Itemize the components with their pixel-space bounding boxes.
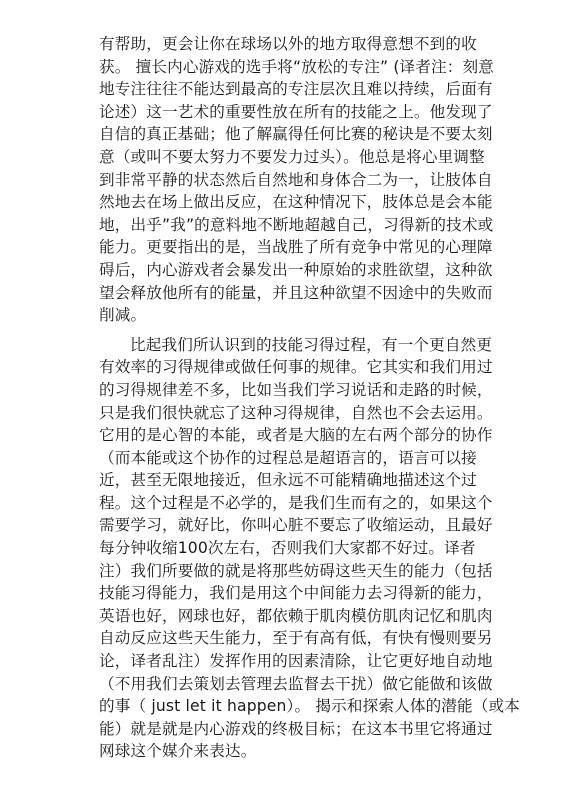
text-line: 自信的真正基础；他了解赢得任何比赛的秘诀是不要太刻 xyxy=(99,123,475,146)
text-line: 的事（ just let it happen）。 揭示和探索人体的潜能（或本 xyxy=(99,695,475,718)
text-line: 有效率的习得规律或做任何事的规律。它其实和我们用过 xyxy=(99,356,475,379)
text-line: 能）就是就是内心游戏的终极目标；在这本书里它将通过 xyxy=(99,718,475,741)
text-line: 然地去在场上做出反应，在这种情况下，肢体总是会本能 xyxy=(99,191,475,214)
text-line: 望会释放他所有的能量，并且这种欲望不因途中的失败而 xyxy=(99,282,475,305)
text-line: 论述）这一艺术的重要性放在所有的技能之上。他发现了 xyxy=(99,101,475,124)
paragraph-2: 比起我们所认识到的技能习得过程，有一个更自然更 有效率的习得规律或做任何事的规律… xyxy=(99,334,475,763)
text-line: 只是我们很快就忘了这种习得规律，自然也不会去运用。 xyxy=(99,402,475,425)
text-line: 获。 擅长内心游戏的选手将“放松的专注” (译者注：刻意 xyxy=(99,56,475,79)
text-line: 到非常平静的状态然后自然地和身体合二为一，让肢体自 xyxy=(99,169,475,192)
text-line: 它用的是心智的本能，或者是大脑的左右两个部分的协作 xyxy=(99,424,475,447)
body-text: 有帮助，更会让你在球场以外的地方取得意想不到的收 获。 擅长内心游戏的选手将“放… xyxy=(99,33,475,763)
text-line: 地专注往往不能达到最高的专注层次且难以持续，后面有 xyxy=(99,78,475,101)
text-line: 碍后，内心游戏者会暴发出一种原始的求胜欲望，这种欲 xyxy=(99,259,475,282)
text-line: 意（或叫不要太努力不要发力过头）。他总是将心里调整 xyxy=(99,146,475,169)
text-line: 注）我们所要做的就是将那些妨碍这些天生的能力（包括 xyxy=(99,560,475,583)
text-line: 近，甚至无限地接近，但永远不可能精确地描述这个过 xyxy=(99,469,475,492)
text-line: 程。这个过程是不必学的，是我们生而有之的，如果这个 xyxy=(99,492,475,515)
text-line: 技能习得能力，我们是用这个中间能力去习得新的能力， xyxy=(99,582,475,605)
text-line: 地，出乎”我”的意料地不断地超越自己，习得新的技术或 xyxy=(99,214,475,237)
paragraph-1: 有帮助，更会让你在球场以外的地方取得意想不到的收 获。 擅长内心游戏的选手将“放… xyxy=(99,33,475,327)
text-line: 有帮助，更会让你在球场以外的地方取得意想不到的收 xyxy=(99,33,475,56)
text-line: 自动反应这些天生能力，至于有高有低，有快有慢则要另 xyxy=(99,627,475,650)
text-line: 比起我们所认识到的技能习得过程，有一个更自然更 xyxy=(99,334,475,357)
text-line: 每分钟收缩100次左右，否则我们大家都不好过。译者 xyxy=(99,537,475,560)
text-line: 需要学习，就好比，你叫心脏不要忘了收缩运动，且最好 xyxy=(99,514,475,537)
text-line: 论，译者乱注）发挥作用的因素清除，让它更好地自动地 xyxy=(99,650,475,673)
text-line: 的习得规律差不多，比如当我们学习说话和走路的时候， xyxy=(99,379,475,402)
text-line: 削减。 xyxy=(99,304,475,327)
text-line: 能力。更要指出的是，当战胜了所有竞争中常见的心理障 xyxy=(99,236,475,259)
text-line: （而本能或这个协作的过程总是超语言的，语言可以接 xyxy=(99,447,475,470)
document-page: 有帮助，更会让你在球场以外的地方取得意想不到的收 获。 擅长内心游戏的选手将“放… xyxy=(0,0,572,788)
text-line: 英语也好，网球也好，都依赖于肌肉模仿肌肉记忆和肌肉 xyxy=(99,605,475,628)
text-line: 网球这个媒介来表达。 xyxy=(99,740,475,763)
text-line: （不用我们去策划去管理去监督去干扰）做它能做和该做 xyxy=(99,673,475,696)
